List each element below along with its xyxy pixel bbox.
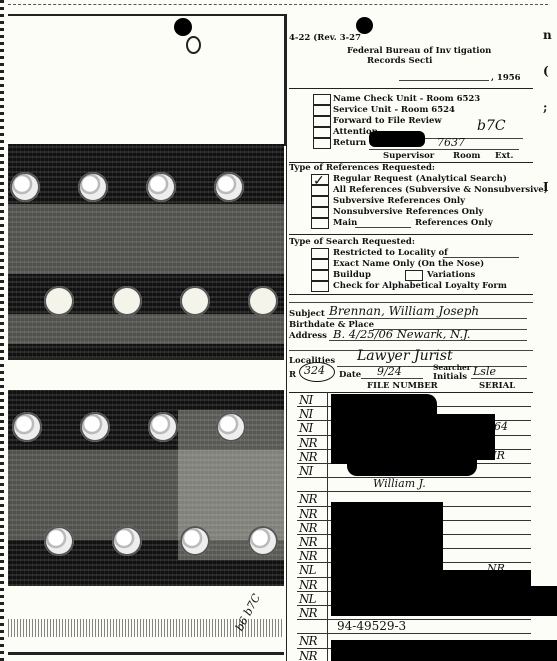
- redaction: [331, 586, 557, 616]
- form-section: Records Secti: [367, 57, 432, 66]
- row-code: NR: [299, 649, 317, 661]
- row-code: NR: [299, 436, 317, 450]
- film-strip-lower: [8, 390, 284, 586]
- checkbox-forward-file-review[interactable]: [313, 116, 331, 127]
- reference-option: All References (Subversive & Nonsubversi…: [333, 186, 548, 195]
- address-label: Address: [289, 332, 327, 341]
- searcher-label: Searcher: [433, 364, 471, 372]
- search-heading: Type of Search Requested:: [289, 238, 415, 247]
- checkmark-icon: ✓: [313, 174, 325, 188]
- form-year: , 1956: [491, 74, 521, 83]
- form-number: 4-22 (Rev. 3-27: [289, 34, 361, 43]
- row-rule: [297, 633, 531, 634]
- search-option: Variations: [427, 271, 475, 280]
- serial-header: SERIAL: [479, 382, 515, 391]
- perforation-hole: [78, 172, 108, 202]
- row-code: NI: [299, 421, 312, 435]
- photo-top-blank: [8, 14, 286, 146]
- row-code: NI: [299, 464, 312, 478]
- label-ext: Ext.: [495, 152, 513, 161]
- row-code: NR: [299, 606, 317, 620]
- divider: [289, 294, 533, 295]
- subject-value: Brennan, William Joseph: [329, 304, 479, 318]
- date-blank: [399, 80, 489, 81]
- perforation-hole: [44, 286, 74, 316]
- perforation-hole: [112, 286, 142, 316]
- date-label: Date: [339, 371, 361, 380]
- perforation-hole: [248, 286, 278, 316]
- subject-line: [327, 318, 527, 319]
- perforation-hole: [180, 286, 210, 316]
- perforation-hole: [248, 526, 278, 556]
- return-line: [369, 149, 519, 150]
- checkbox-subversive-only[interactable]: [311, 196, 329, 207]
- checkbox-exact-name[interactable]: [311, 259, 329, 270]
- row-code: NR: [299, 578, 317, 592]
- row-code: NI: [299, 393, 312, 407]
- scan-edge-marks: [0, 0, 4, 661]
- photo-bottom-rule: [8, 652, 284, 655]
- checkbox-attention[interactable]: [313, 127, 331, 138]
- reference-option: Regular Request (Analytical Search): [333, 175, 507, 184]
- row-code: NR: [299, 492, 317, 506]
- routing-label: Name Check Unit - Room 6523: [333, 95, 480, 104]
- film-strip-upper: [8, 144, 284, 358]
- checkbox-service-unit[interactable]: [313, 105, 331, 116]
- row-code: NL: [299, 563, 315, 577]
- checkbox-nonsubversive-only[interactable]: [311, 207, 329, 218]
- edge-fragment: I: [543, 180, 549, 194]
- row-code: NR: [299, 450, 317, 464]
- photo-gap: [8, 358, 284, 392]
- perforation-hole: [112, 526, 142, 556]
- perforation-hole: [12, 412, 42, 442]
- perforation-hole: [146, 172, 176, 202]
- row-code: NR: [299, 521, 317, 535]
- row-rule: [297, 619, 531, 620]
- checkbox-name-check-unit[interactable]: [313, 94, 331, 105]
- edge-fragment: (: [543, 64, 549, 78]
- redaction: [347, 454, 477, 476]
- checkbox-loyalty-form[interactable]: [311, 281, 329, 292]
- punch-hole-filled: [174, 18, 192, 36]
- row-code: NL: [299, 592, 315, 606]
- divider: [289, 234, 533, 235]
- row-note: William J.: [373, 477, 426, 490]
- search-option: Restricted to Locality of: [333, 249, 448, 258]
- edge-fragment: n: [543, 28, 552, 42]
- routing-label: Forward to File Review: [333, 117, 442, 126]
- top-rule: [8, 4, 548, 5]
- date-line: [361, 378, 423, 379]
- perforation-hole: [148, 412, 178, 442]
- reference-option: Subversive References Only: [333, 197, 465, 206]
- reference-option-suffix: References Only: [415, 219, 493, 228]
- row-rule: [297, 491, 531, 492]
- references-heading: Type of References Requested:: [289, 164, 435, 173]
- perforation-hole: [10, 172, 40, 202]
- row-code: NR: [299, 634, 317, 648]
- form-agency: Federal Bureau of Inv tigation: [347, 47, 491, 56]
- reference-option: Nonsubversive References Only: [333, 208, 483, 217]
- row-note: 94-49529-3: [337, 619, 406, 633]
- address-value: B. 4/25/06 Newark, N.J.: [333, 327, 470, 341]
- localities-value: Lawyer Jurist: [357, 348, 453, 364]
- divider: [289, 88, 533, 89]
- main-blank: [355, 227, 411, 228]
- file-number-header: FILE NUMBER: [367, 382, 438, 391]
- redaction: [331, 640, 557, 661]
- column-divider: [327, 392, 328, 661]
- label-room: Room: [453, 152, 480, 161]
- edge-fragment: ;: [543, 100, 547, 114]
- r-label: R: [289, 371, 296, 380]
- subject-label: Subject: [289, 310, 325, 319]
- attention-handwriting: b7C: [477, 118, 506, 134]
- punch-hole-outline: [186, 36, 201, 54]
- row-code: NR: [299, 535, 317, 549]
- reference-option: Main: [333, 219, 357, 228]
- r-value: 324: [304, 364, 325, 377]
- checkbox-return-to[interactable]: [313, 138, 331, 149]
- perforation-hole: [216, 412, 246, 442]
- initials-line: [471, 378, 527, 379]
- checkbox-variations[interactable]: [405, 270, 423, 281]
- redaction: [331, 502, 443, 572]
- localities-line: [337, 366, 527, 367]
- initials-label: Initials: [433, 373, 467, 382]
- date-value: 9/24: [377, 365, 402, 378]
- perforation-hole: [180, 526, 210, 556]
- photo-panel: [8, 14, 284, 654]
- checkbox-restricted-locality[interactable]: [311, 248, 329, 259]
- records-check-form: 4-22 (Rev. 3-27 Federal Bureau of Inv ti…: [286, 14, 535, 661]
- locality-blank: [443, 257, 519, 258]
- routing-label: Service Unit - Room 6524: [333, 106, 455, 115]
- row-code: NI: [299, 407, 312, 421]
- perforation-hole: [80, 412, 110, 442]
- return-to-extension: 7637: [437, 136, 465, 149]
- label-supervisor: Supervisor: [383, 152, 434, 161]
- perforation-hole: [214, 172, 244, 202]
- divider: [289, 302, 533, 303]
- row-code: NR: [299, 549, 317, 563]
- checkbox-main-references[interactable]: [311, 218, 329, 229]
- redaction: [331, 570, 531, 586]
- search-option: Exact Name Only (On the Nose): [333, 260, 484, 269]
- checkbox-buildup[interactable]: [311, 270, 329, 281]
- address-line: [329, 340, 527, 341]
- search-option: Check for Alphabetical Loyalty Form: [333, 282, 507, 291]
- redaction: [369, 131, 425, 147]
- search-option: Buildup: [333, 271, 371, 280]
- row-code: NR: [299, 507, 317, 521]
- initials-value: Lsle: [473, 365, 496, 378]
- perforation-hole: [44, 526, 74, 556]
